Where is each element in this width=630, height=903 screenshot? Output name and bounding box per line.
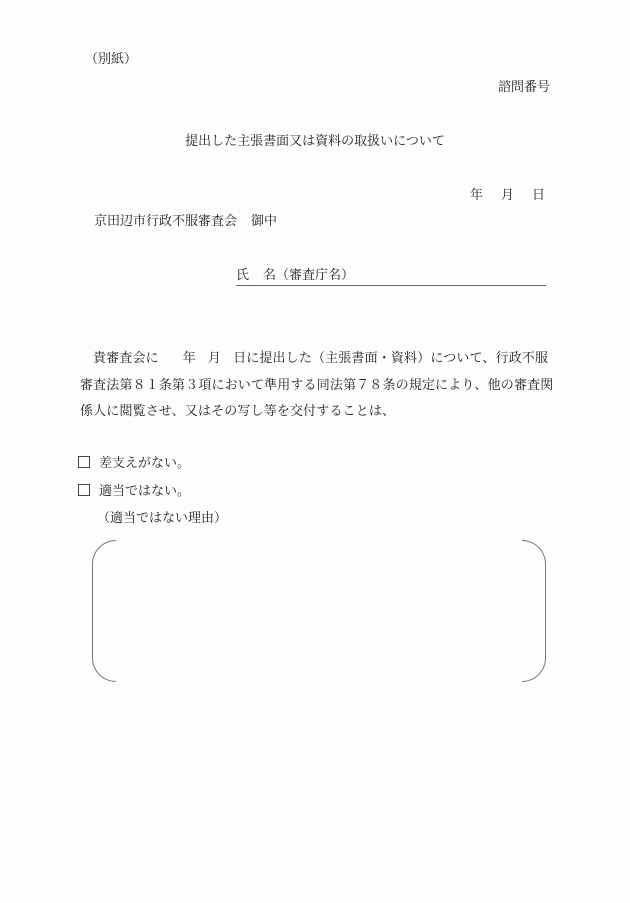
right-bracket [522, 540, 546, 682]
body-part1: 貴審査会に [93, 351, 159, 366]
inquiry-number-label: 諮問番号 [498, 80, 550, 96]
left-bracket [92, 540, 116, 682]
body-year: 年 [183, 351, 196, 366]
date-month-label: 月 [501, 188, 514, 204]
attachment-label: （別紙） [85, 52, 137, 68]
addressee-honorific: 御中 [251, 214, 277, 229]
option-label: 適当ではない。 [99, 484, 190, 499]
option-not-appropriate[interactable]: 適当ではない。 [78, 484, 190, 500]
addressee: 京田辺市行政不服審査会御中 [94, 214, 277, 230]
document-title: 提出した主張書面又は資料の取扱いについて [0, 134, 630, 150]
name-label-b: 名（審査庁名） [263, 268, 354, 283]
checkbox-icon[interactable] [78, 456, 90, 468]
date-year-label: 年 [470, 188, 483, 204]
option-label: 差支えがない。 [99, 456, 190, 471]
body-paragraph: 貴審査会に年月日に提出した（主張書面・資料）について、行政不服審査法第８１条第３… [80, 346, 554, 426]
checkbox-icon[interactable] [78, 484, 90, 496]
reason-text-area[interactable] [118, 545, 520, 677]
name-field[interactable]: 氏名（審査庁名） [236, 268, 546, 286]
date-day-label: 日 [532, 188, 545, 204]
option-no-objection[interactable]: 差支えがない。 [78, 456, 190, 472]
reason-label: （適当ではない理由） [97, 511, 227, 527]
date-line: 年月日 [470, 188, 545, 204]
body-month: 月 [208, 351, 221, 366]
addressee-name: 京田辺市行政不服審査会 [94, 214, 237, 229]
name-label-a: 氏 [236, 268, 249, 283]
